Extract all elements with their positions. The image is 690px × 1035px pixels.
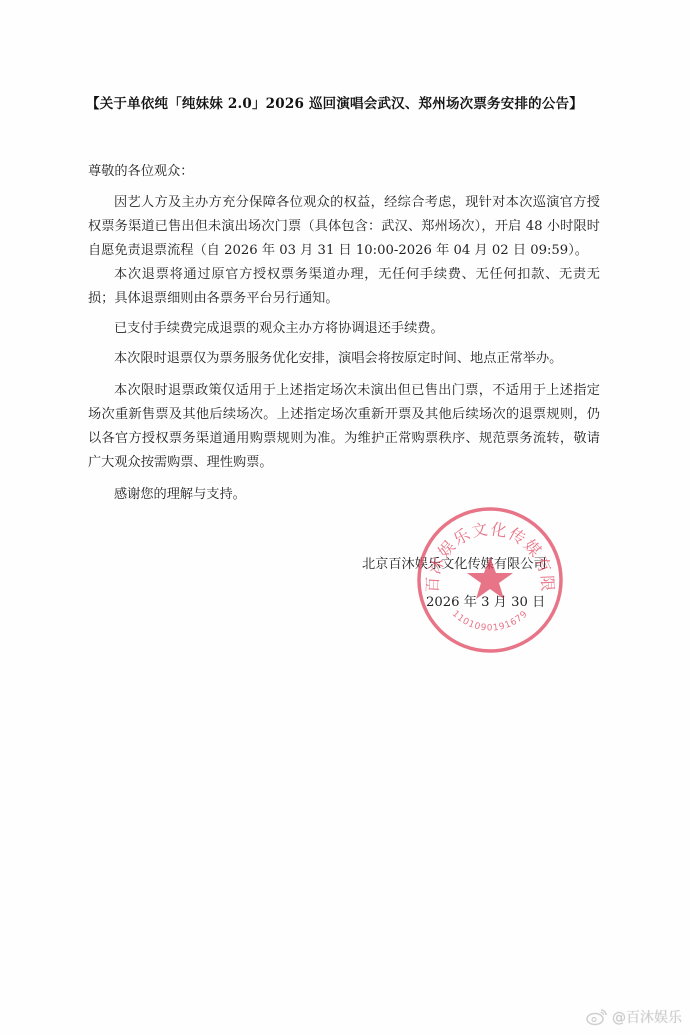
- document-page: 【关于单依纯「纯妹妹 2.0」2026 巡回演唱会武汉、郑州场次票务安排的公告】…: [0, 0, 690, 1035]
- paragraph-concert-schedule: 本次限时退票仅为票务服务优化安排，演唱会将按原定时间、地点正常举办。: [88, 347, 600, 371]
- salutation: 尊敬的各位观众：: [88, 160, 600, 184]
- paragraph-policy-scope: 本次限时退票政策仅适用于上述指定场次未演出但已售出门票，不适用于上述指定场次重新…: [88, 379, 600, 475]
- announcement-title: 【关于单依纯「纯妹妹 2.0」2026 巡回演唱会武汉、郑州场次票务安排的公告】: [86, 92, 606, 112]
- paragraph-thanks: 感谢您的理解与支持。: [88, 483, 600, 507]
- watermark-text: @百沐娱乐: [612, 1007, 682, 1027]
- paragraph-fee-return: 已支付手续费完成退票的观众主办方将协调退还手续费。: [88, 317, 600, 341]
- star-icon: [467, 557, 513, 599]
- weibo-icon: [586, 1008, 608, 1026]
- paragraph-refund-channel: 本次退票将通过原官方授权票务渠道办理，无任何手续费、无任何扣款、无责无损；具体退…: [88, 263, 600, 311]
- svg-text:1101090191679: 1101090191679: [450, 609, 530, 634]
- paragraph-refund-window: 因艺人方及主办方充分保障各位观众的权益，经综合考虑，现针对本次巡演官方授权票务渠…: [88, 191, 600, 263]
- company-seal-stamp: 北京百沐娱乐文化传媒有限公司 1101090191679: [415, 505, 565, 655]
- stamp-code: 1101090191679: [450, 609, 530, 634]
- weibo-watermark: @百沐娱乐: [586, 1007, 682, 1027]
